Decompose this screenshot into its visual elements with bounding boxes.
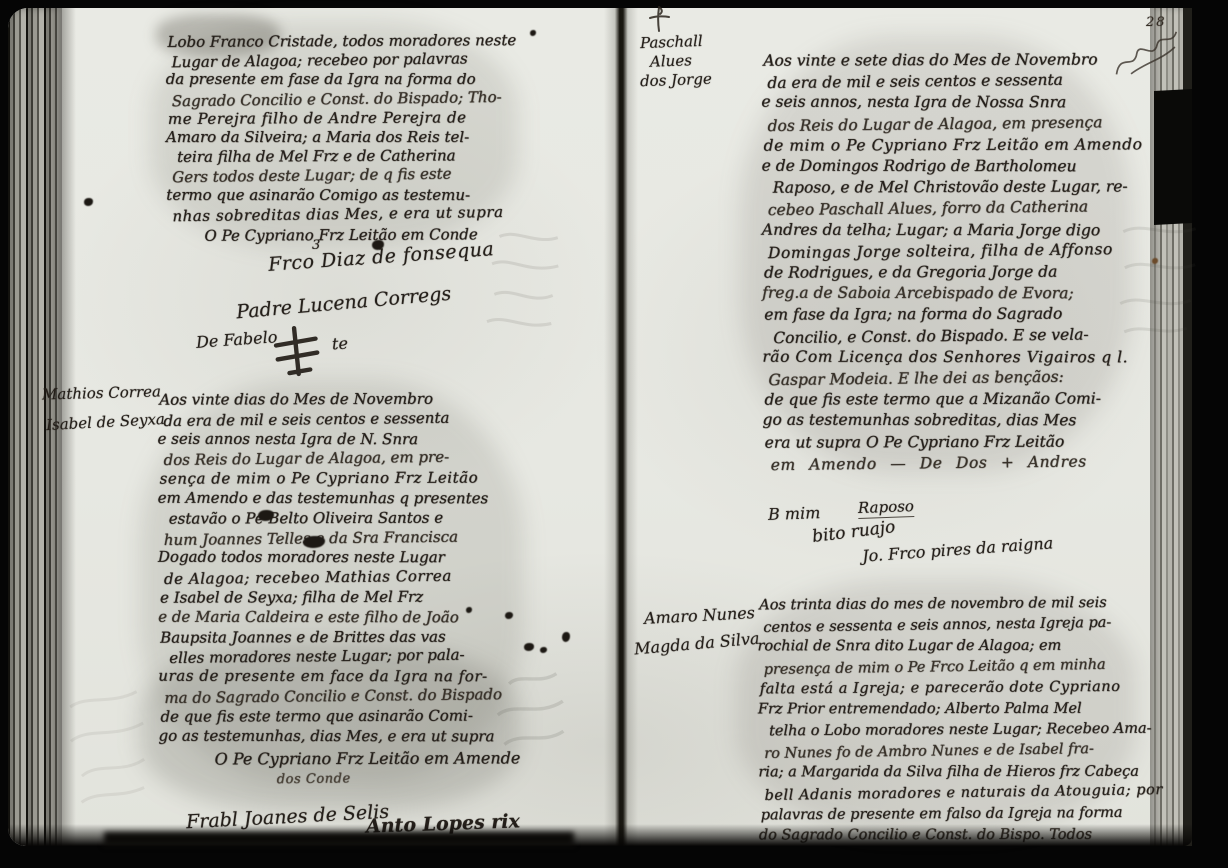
party-signature: bito ruajo [811,517,896,547]
record-line: go as testemunhas, dias Mes, e era ut su… [158,726,520,746]
witness-line: Raposo [858,497,915,519]
record-line: uras de presente em face da Igra na for- [158,667,520,687]
record-line: elles moradores neste Lugar; por pala- [169,645,520,669]
witness-line: B mim [768,503,821,524]
record-line: Domingas Jorge solteira, filha de Affons… [768,239,1143,264]
cross-row-label: De Fabelo [195,327,278,352]
record-line: estavão o Pe Belto Oliveira Santos e [169,508,520,529]
ink-speck [562,632,570,642]
record-line: e de Domingos Rodrigo de Bartholomeu [762,156,1143,178]
record-line: Dogado todos moradores neste Lugar [158,548,520,568]
bleedthrough-mark [486,665,576,768]
right-record-2: Aos trinta dias do mes de novembro de mi… [759,593,1163,848]
record-line: em fase da Igra; na forma do Sagrado [764,304,1143,327]
margin-note-groom: Alues [650,51,692,70]
bleedthrough-mark [58,679,160,814]
page-edge-notch [1154,89,1192,225]
record-line: Gers todos deste Lugar; de q fis este [172,164,517,188]
record-line: Aos vinte e sete dias do Mes de Novembro [763,49,1142,72]
ink-speck [540,647,547,653]
record-line: de que fis este termo que a Mizanão Comi… [764,389,1143,412]
margin-note-groom: Amaro Nunes [644,603,756,628]
ink-speck [530,30,536,36]
record-line: era ut supra O Pe Cypriano Frz Leitão [765,431,1144,454]
record-line: dos Reis do Lugar de Alagoa, em pre- [163,447,519,471]
record-line: da presente em fase da Igra na forma do [166,70,517,89]
bleedthrough-mark [1109,211,1202,349]
record-line: em Amendo e das testemunhas q presentes [158,489,520,509]
record-line: Concilio, e Const. do Bispado. E se vela… [773,324,1143,349]
record-line: de Alagoa; recebeo Mathias Correa [164,566,520,590]
record-line: falta está a Igreja; e parecerão dote Cy… [760,677,1162,701]
bleedthrough-mark [479,220,571,347]
manuscript-photo: Lobo Franco Cristade, todos moradores ne… [0,0,1228,868]
record-line: Andres da telha; Lugar; a Maria Jorge di… [762,219,1143,241]
record-line: de Rodrigues, e da Gregoria Jorge da [764,261,1143,284]
record-line: e seis annos, nesta Igra de Nossa Snra [761,92,1142,114]
ink-blot [84,198,93,206]
record-line: dos Reis do Lugar de Alagoa, em presença [767,111,1142,136]
record-line: termo que asinarão Comigo as testemu- [166,186,517,205]
record-line: de mim o Pe Cypriano Frz Leitão em Amend… [764,134,1143,157]
record-line: Frz Prior entremendado; Alberto Palma Me… [758,699,1162,721]
margin-note-bride: dos Jorge [640,70,712,90]
record-line: rão Com Licença dos Senhores Vigairos q … [762,347,1143,369]
record-line: Amaro da Silveira; a Maria dos Reis tel- [166,128,517,147]
record-line: dos Conde [277,768,521,791]
cross-row-label: te [332,334,349,354]
record-line: nhas sobreditas dias Mes, e era ut supra [172,203,517,227]
record-line: go as testemunhas sobreditas, dias Mes [763,410,1144,432]
record-line: me Perejra filho de Andre Perejra de [168,108,517,129]
margin-note-groom: Paschall [640,32,703,52]
book-bottom-shadow [104,832,574,846]
record-line: sença de mim o Pe Cypriano Frz Leitão [160,469,520,490]
record-line: freg.a de Saboia Arcebispado de Evora; [762,283,1143,305]
record-line: da era de mil e seis centos e sessenta [767,69,1142,94]
record-line: palavras de presente em falso da Igreja … [761,803,1163,827]
left-top-record: Lobo Franco Cristade, todos moradores ne… [167,31,517,246]
record-line: em Amendo — De Dos + Andres [771,451,1144,476]
book-spread: Lobo Franco Cristade, todos moradores ne… [8,8,1192,846]
ink-speck [524,643,534,651]
signature-cross-mark [267,321,327,383]
book-gutter [604,8,638,846]
record-line: Gaspar Modeia. E lhe dei as bençãos: [768,366,1143,391]
margin-note-groom: Mathios Correa [42,382,161,403]
top-cross-mark [646,4,672,34]
party-signature: Jo. Frco pires da raigna [862,533,1054,565]
record-line: e Isabel de Seyxa; filha de Mel Frz [160,587,520,608]
record-line: ma do Sagrado Concilio e Const. do Bispa… [164,685,520,709]
record-line: cebeo Paschall Alues, forro da Catherina [768,196,1143,221]
record-line: de que fis este termo que asinarão Comi- [160,706,520,727]
record-line: Aos vinte dias do Mes de Novembro [159,389,519,410]
left-main-record: Aos vinte dias do Mes de Novembroda era … [159,389,520,789]
record-line: da era de mil e seis centos e sessenta [163,408,519,432]
right-record-1: Aos vinte e sete dias do Mes de Novembro… [763,49,1143,474]
record-line: O Pe Cypriano Frz Leitão em Amende [215,749,521,770]
witness-signature: Padre Lucena Corregs [235,283,452,324]
